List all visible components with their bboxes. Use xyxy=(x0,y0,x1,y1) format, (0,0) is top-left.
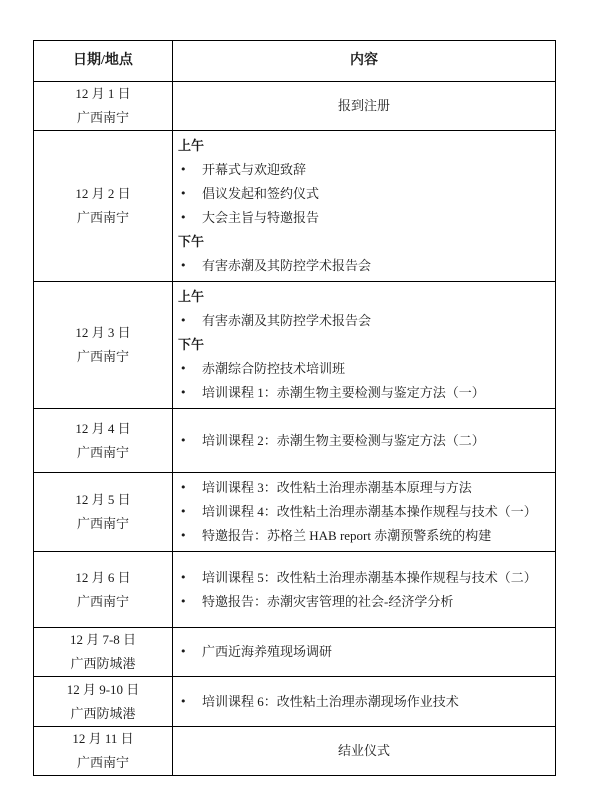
location-text: 广西防城港 xyxy=(34,702,172,726)
date-location-cell: 12 月 11 日 广西南宁 xyxy=(34,727,173,776)
date-location-cell: 12 月 1 日 广西南宁 xyxy=(34,82,173,131)
bullet-icon: • xyxy=(178,357,202,381)
table-row: 12 月 6 日 广西南宁 •培训课程 5：改性粘土治理赤潮基本操作规程与技术（… xyxy=(34,552,556,628)
session-heading: 下午 xyxy=(178,230,551,254)
bullet-icon: • xyxy=(178,158,202,182)
date-text: 12 月 4 日 xyxy=(34,417,172,441)
bullet-item: •培训课程 1：赤潮生物主要检测与鉴定方法（一） xyxy=(178,381,551,405)
bullet-text: 有害赤潮及其防控学术报告会 xyxy=(202,254,551,278)
date-text: 12 月 2 日 xyxy=(34,182,172,206)
bullet-icon: • xyxy=(178,381,202,405)
bullet-icon: • xyxy=(178,566,202,590)
bullet-item: •倡议发起和签约仪式 xyxy=(178,182,551,206)
bullet-item: •培训课程 6：改性粘土治理赤潮现场作业技术 xyxy=(178,690,551,714)
location-text: 广西防城港 xyxy=(34,652,172,676)
location-text: 广西南宁 xyxy=(34,512,172,536)
bullet-text: 赤潮综合防控技术培训班 xyxy=(202,357,551,381)
bullet-item: •有害赤潮及其防控学术报告会 xyxy=(178,254,551,278)
bullet-text: 广西近海养殖现场调研 xyxy=(202,640,551,664)
table-row: 12 月 9-10 日 广西防城港 •培训课程 6：改性粘土治理赤潮现场作业技术 xyxy=(34,677,556,727)
content-cell: •培训课程 2：赤潮生物主要检测与鉴定方法（二） xyxy=(173,409,556,473)
bullet-icon: • xyxy=(178,309,202,333)
bullet-item: •培训课程 2：赤潮生物主要检测与鉴定方法（二） xyxy=(178,429,551,453)
bullet-item: •特邀报告：赤潮灾害管理的社会-经济学分析 xyxy=(178,590,551,614)
date-location-cell: 12 月 3 日 广西南宁 xyxy=(34,282,173,409)
table-row: 12 月 3 日 广西南宁 上午•有害赤潮及其防控学术报告会下午•赤潮综合防控技… xyxy=(34,282,556,409)
bullet-icon: • xyxy=(178,590,202,614)
bullet-icon: • xyxy=(178,524,202,548)
bullet-text: 开幕式与欢迎致辞 xyxy=(202,158,551,182)
content-cell: •培训课程 6：改性粘土治理赤潮现场作业技术 xyxy=(173,677,556,727)
bullet-text: 特邀报告：苏格兰 HAB report 赤潮预警系统的构建 xyxy=(202,524,551,548)
bullet-icon: • xyxy=(178,206,202,230)
bullet-item: •开幕式与欢迎致辞 xyxy=(178,158,551,182)
content-cell: •培训课程 5：改性粘土治理赤潮基本操作规程与技术（二）•特邀报告：赤潮灾害管理… xyxy=(173,552,556,628)
bullet-item: •大会主旨与特邀报告 xyxy=(178,206,551,230)
content-cell: 上午•有害赤潮及其防控学术报告会下午•赤潮综合防控技术培训班•培训课程 1：赤潮… xyxy=(173,282,556,409)
bullet-text: 有害赤潮及其防控学术报告会 xyxy=(202,309,551,333)
bullet-text: 培训课程 5：改性粘土治理赤潮基本操作规程与技术（二） xyxy=(202,566,551,590)
date-text: 12 月 3 日 xyxy=(34,321,172,345)
date-location-cell: 12 月 5 日 广西南宁 xyxy=(34,473,173,552)
bullet-icon: • xyxy=(178,476,202,500)
bullet-text: 培训课程 6：改性粘土治理赤潮现场作业技术 xyxy=(202,690,551,714)
session-heading: 上午 xyxy=(178,285,551,309)
session-heading: 下午 xyxy=(178,333,551,357)
bullet-text: 大会主旨与特邀报告 xyxy=(202,206,551,230)
location-text: 广西南宁 xyxy=(34,590,172,614)
date-location-cell: 12 月 7-8 日 广西防城港 xyxy=(34,628,173,677)
content-cell: 结业仪式 xyxy=(173,727,556,776)
table-header-row: 日期/地点 内容 xyxy=(34,41,556,82)
date-location-cell: 12 月 9-10 日 广西防城港 xyxy=(34,677,173,727)
schedule-table-body: 12 月 1 日 广西南宁 报到注册 12 月 2 日 广西南宁 上午•开幕式与… xyxy=(34,82,556,776)
bullet-text: 特邀报告：赤潮灾害管理的社会-经济学分析 xyxy=(202,590,551,614)
location-text: 广西南宁 xyxy=(34,206,172,230)
date-location-cell: 12 月 2 日 广西南宁 xyxy=(34,131,173,282)
header-content: 内容 xyxy=(173,41,556,82)
bullet-icon: • xyxy=(178,429,202,453)
table-row: 12 月 1 日 广西南宁 报到注册 xyxy=(34,82,556,131)
bullet-text: 倡议发起和签约仪式 xyxy=(202,182,551,206)
bullet-icon: • xyxy=(178,500,202,524)
bullet-icon: • xyxy=(178,690,202,714)
bullet-icon: • xyxy=(178,640,202,664)
bullet-icon: • xyxy=(178,182,202,206)
date-text: 12 月 11 日 xyxy=(34,727,172,751)
bullet-item: •广西近海养殖现场调研 xyxy=(178,640,551,664)
date-text: 12 月 5 日 xyxy=(34,488,172,512)
location-text: 广西南宁 xyxy=(34,106,172,130)
content-centered-text: 报到注册 xyxy=(173,94,555,118)
date-text: 12 月 6 日 xyxy=(34,566,172,590)
content-cell: 上午•开幕式与欢迎致辞•倡议发起和签约仪式•大会主旨与特邀报告下午•有害赤潮及其… xyxy=(173,131,556,282)
bullet-item: •培训课程 4：改性粘土治理赤潮基本操作规程与技术（一） xyxy=(178,500,551,524)
content-centered-text: 结业仪式 xyxy=(173,739,555,763)
bullet-text: 培训课程 4：改性粘土治理赤潮基本操作规程与技术（一） xyxy=(202,500,551,524)
schedule-table: 日期/地点 内容 12 月 1 日 广西南宁 报到注册 12 月 2 日 广西南… xyxy=(33,40,556,776)
date-text: 12 月 9-10 日 xyxy=(34,678,172,702)
table-row: 12 月 4 日 广西南宁 •培训课程 2：赤潮生物主要检测与鉴定方法（二） xyxy=(34,409,556,473)
bullet-item: •特邀报告：苏格兰 HAB report 赤潮预警系统的构建 xyxy=(178,524,551,548)
location-text: 广西南宁 xyxy=(34,751,172,775)
table-row: 12 月 2 日 广西南宁 上午•开幕式与欢迎致辞•倡议发起和签约仪式•大会主旨… xyxy=(34,131,556,282)
bullet-item: •培训课程 3：改性粘土治理赤潮基本原理与方法 xyxy=(178,476,551,500)
bullet-text: 培训课程 2：赤潮生物主要检测与鉴定方法（二） xyxy=(202,429,551,453)
bullet-item: •赤潮综合防控技术培训班 xyxy=(178,357,551,381)
date-text: 12 月 7-8 日 xyxy=(34,628,172,652)
bullet-text: 培训课程 1：赤潮生物主要检测与鉴定方法（一） xyxy=(202,381,551,405)
location-text: 广西南宁 xyxy=(34,441,172,465)
bullet-item: •培训课程 5：改性粘土治理赤潮基本操作规程与技术（二） xyxy=(178,566,551,590)
date-location-cell: 12 月 6 日 广西南宁 xyxy=(34,552,173,628)
bullet-text: 培训课程 3：改性粘土治理赤潮基本原理与方法 xyxy=(202,476,551,500)
date-text: 12 月 1 日 xyxy=(34,82,172,106)
location-text: 广西南宁 xyxy=(34,345,172,369)
content-cell: 报到注册 xyxy=(173,82,556,131)
session-heading: 上午 xyxy=(178,134,551,158)
table-row: 12 月 11 日 广西南宁 结业仪式 xyxy=(34,727,556,776)
table-row: 12 月 7-8 日 广西防城港 •广西近海养殖现场调研 xyxy=(34,628,556,677)
content-cell: •广西近海养殖现场调研 xyxy=(173,628,556,677)
table-row: 12 月 5 日 广西南宁 •培训课程 3：改性粘土治理赤潮基本原理与方法•培训… xyxy=(34,473,556,552)
date-location-cell: 12 月 4 日 广西南宁 xyxy=(34,409,173,473)
header-date-location: 日期/地点 xyxy=(34,41,173,82)
bullet-icon: • xyxy=(178,254,202,278)
content-cell: •培训课程 3：改性粘土治理赤潮基本原理与方法•培训课程 4：改性粘土治理赤潮基… xyxy=(173,473,556,552)
bullet-item: •有害赤潮及其防控学术报告会 xyxy=(178,309,551,333)
